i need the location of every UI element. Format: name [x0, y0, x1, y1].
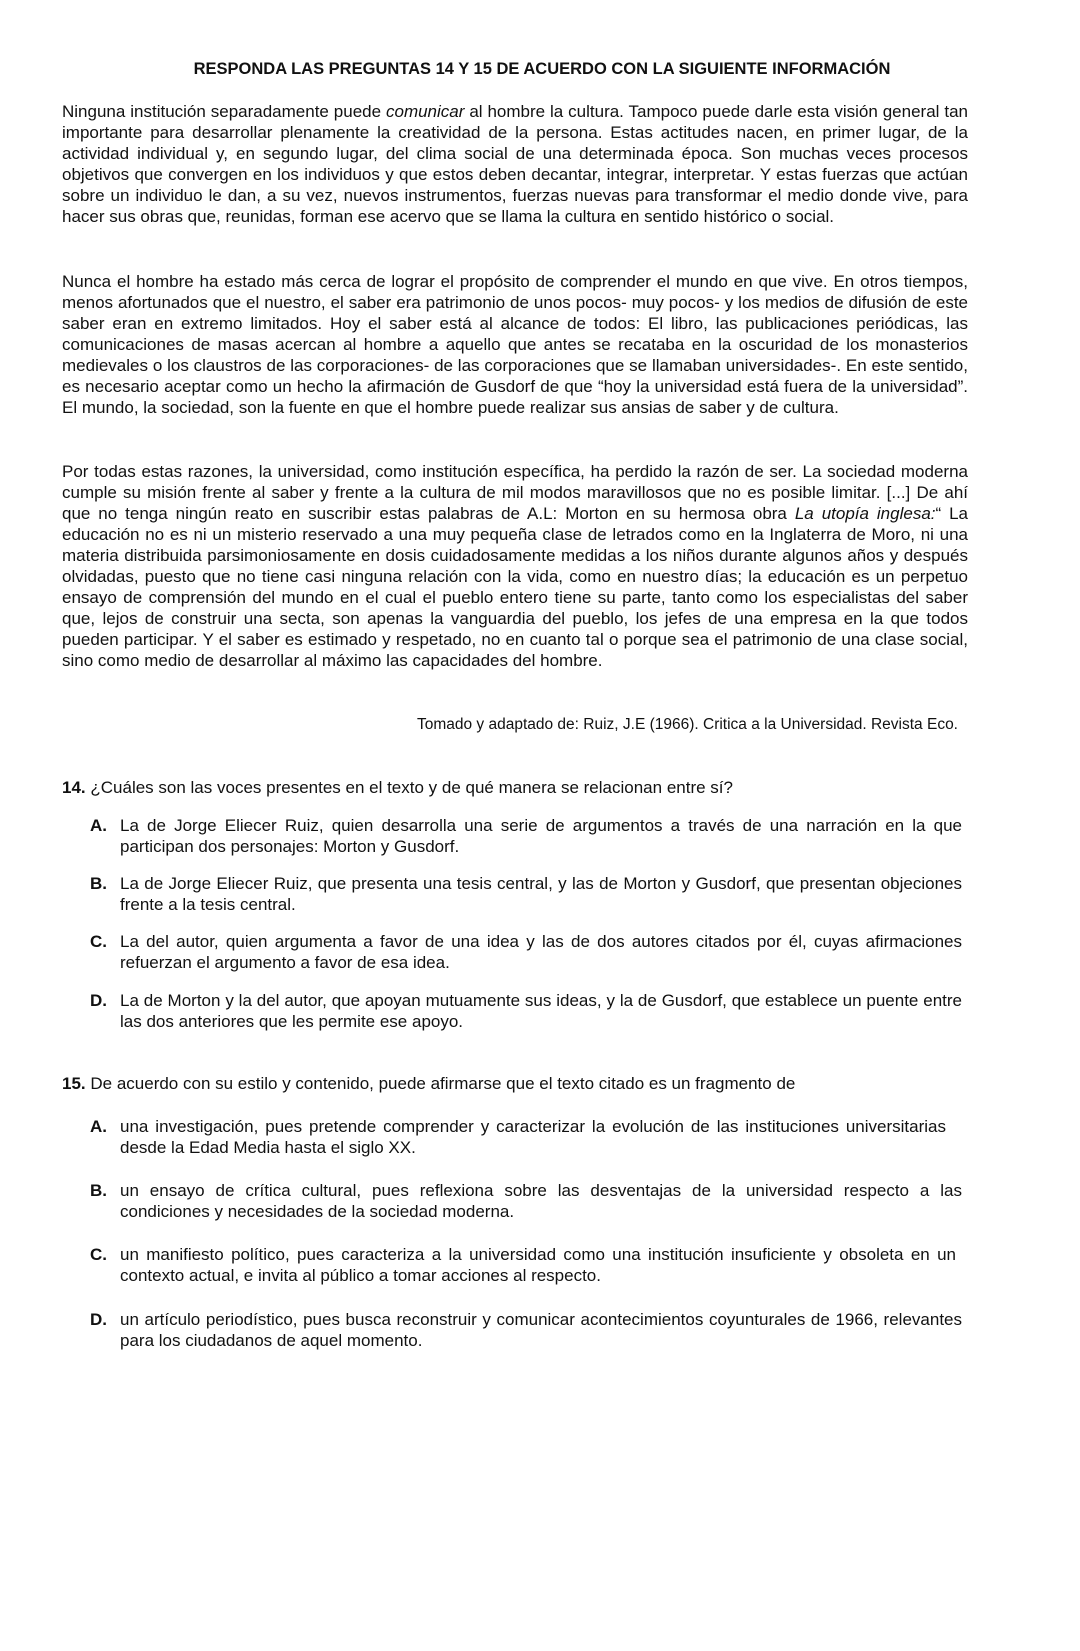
passage-paragraph-1: Ninguna institución separadamente puede …: [62, 101, 968, 227]
option-text: un ensayo de crítica cultural, pues refl…: [120, 1180, 962, 1222]
option-text: La de Jorge Eliecer Ruiz, que presenta u…: [120, 873, 962, 915]
option-letter: D.: [90, 1309, 118, 1330]
question-14: 14. ¿Cuáles son las voces presentes en e…: [62, 777, 968, 798]
emphasized-word: comunicar: [386, 102, 464, 121]
book-title: La utopía inglesa:: [795, 504, 936, 523]
option-letter: D.: [90, 990, 118, 1011]
option-letter: B.: [90, 1180, 118, 1201]
question-14-option-a[interactable]: A. La de Jorge Eliecer Ruiz, quien desar…: [90, 815, 962, 857]
question-15-option-b[interactable]: B. un ensayo de crítica cultural, pues r…: [90, 1180, 962, 1222]
option-letter: C.: [90, 1244, 118, 1265]
question-14-option-c[interactable]: C. La del autor, quien argumenta a favor…: [90, 931, 962, 973]
question-14-option-d[interactable]: D. La de Morton y la del autor, que apoy…: [90, 990, 962, 1032]
question-14-option-b[interactable]: B. La de Jorge Eliecer Ruiz, que present…: [90, 873, 962, 915]
option-text: La del autor, quien argumenta a favor de…: [120, 931, 962, 973]
question-text: ¿Cuáles son las voces presentes en el te…: [90, 778, 733, 797]
option-text: La de Jorge Eliecer Ruiz, quien desarrol…: [120, 815, 962, 857]
option-text: La de Morton y la del autor, que apoyan …: [120, 990, 962, 1032]
passage-quote: “ La educación no es ni un misterio rese…: [62, 504, 968, 670]
question-15-option-a[interactable]: A. una investigación, pues pretende comp…: [90, 1116, 946, 1158]
question-number: 14.: [62, 778, 86, 797]
question-15-option-d[interactable]: D. un artículo periodístico, pues busca …: [90, 1309, 962, 1351]
section-title: RESPONDA LAS PREGUNTAS 14 Y 15 DE ACUERD…: [62, 60, 1022, 79]
passage-paragraph-2: Nunca el hombre ha estado más cerca de l…: [62, 271, 968, 418]
passage-paragraph-3: Por todas estas razones, la universidad,…: [62, 461, 968, 671]
question-text: De acuerdo con su estilo y contenido, pu…: [90, 1074, 795, 1093]
option-text: un artículo periodístico, pues busca rec…: [120, 1309, 962, 1351]
question-15-option-c[interactable]: C. un manifiesto político, pues caracter…: [90, 1244, 956, 1286]
passage-text: Ninguna institución separadamente puede: [62, 102, 386, 121]
option-text: una investigación, pues pretende compren…: [120, 1116, 946, 1158]
option-letter: C.: [90, 931, 118, 952]
option-letter: A.: [90, 1116, 118, 1137]
question-number: 15.: [62, 1074, 86, 1093]
option-letter: B.: [90, 873, 118, 894]
source-citation: Tomado y adaptado de: Ruiz, J.E (1966). …: [52, 715, 958, 735]
question-15: 15. De acuerdo con su estilo y contenido…: [62, 1073, 968, 1094]
option-text: un manifiesto político, pues caracteriza…: [120, 1244, 956, 1286]
option-letter: A.: [90, 815, 118, 836]
